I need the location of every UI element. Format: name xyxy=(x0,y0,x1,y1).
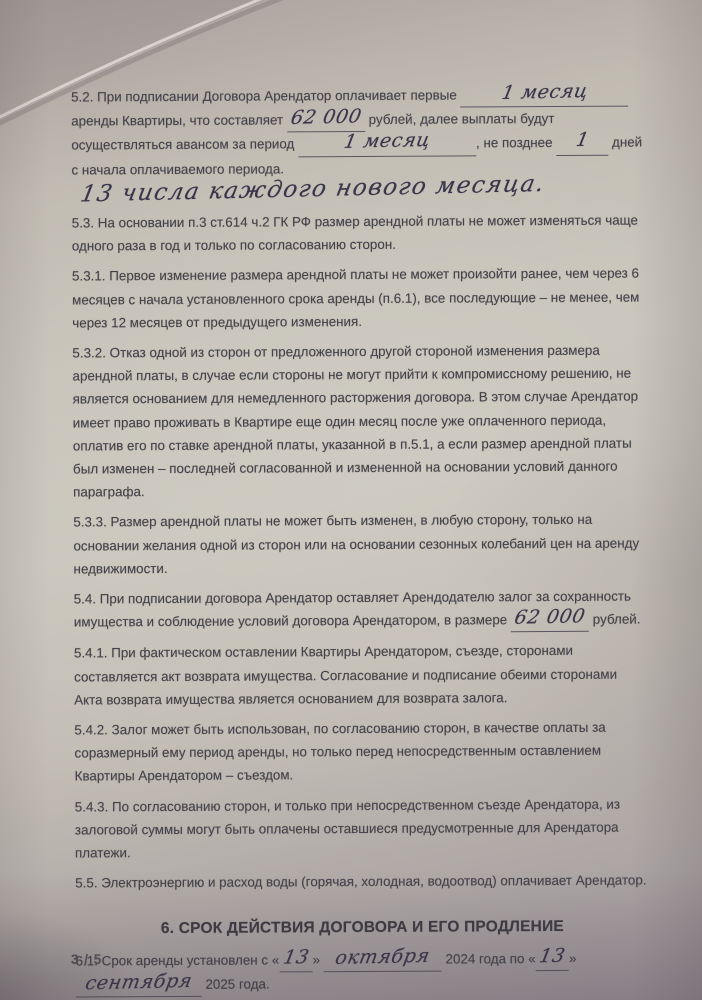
handwritten-entry: 1 месяц xyxy=(496,84,593,101)
clause-5-4-2: 5.4.2. Залог может быть использован, по … xyxy=(74,716,648,789)
printed-text: 5.3. На основании п.3 ст.614 ч.2 ГК РФ р… xyxy=(72,213,638,254)
handwritten-entry: октября xyxy=(330,948,435,965)
clause-5-3-3: 5.3.3. Размер арендной платы не может бы… xyxy=(73,508,647,581)
printed-text: 2024 года по « xyxy=(442,951,536,966)
clause-5-2: 5.2. При подписании Договора Арендатор о… xyxy=(71,82,646,204)
printed-text: » xyxy=(569,951,577,966)
fill-in-blank: 1 xyxy=(556,131,608,155)
printed-text: 5.2. При подписании Договора Арендатор о… xyxy=(71,87,461,104)
section-6-heading: 6. СРОК ДЕЙСТВИЯ ДОГОВОРА И ЕГО ПРОДЛЕНИ… xyxy=(75,914,649,940)
fill-in-blank: 1 месяц xyxy=(460,83,628,108)
document-body: 5.2. При подписании Договора Арендатор о… xyxy=(71,82,650,1000)
handwritten-entry: 62 000 xyxy=(509,609,590,626)
printed-text: » xyxy=(313,952,324,967)
photographed-document: 5.2. При подписании Договора Арендатор о… xyxy=(0,0,702,1000)
printed-text: 5.5. Электроэнергию и расход воды (горяч… xyxy=(75,873,646,891)
fill-in-blank: 62 000 xyxy=(287,108,365,133)
printed-text: 5.4.1. При фактическом оставлении Кварти… xyxy=(74,643,617,707)
page-number: 3 / 5 xyxy=(71,952,102,967)
fill-in-blank: 1 месяц xyxy=(298,132,476,157)
printed-text: 5.3.2. Отказ одной из сторон от предложе… xyxy=(72,343,638,500)
printed-text: 5.3.1. Первое изменение размера арендной… xyxy=(72,266,639,330)
printed-text: рублей. xyxy=(589,612,640,627)
printed-text: 5.4.3. По согласованию сторон, и только … xyxy=(75,796,620,860)
printed-text: 5.4.2. Залог может быть использован, по … xyxy=(74,720,605,784)
fill-in-blank: 62 000 xyxy=(511,608,589,633)
clause-5-4-3: 5.4.3. По согласованию сторон, и только … xyxy=(75,792,649,865)
printed-text: 6.1. Срок аренды установлен с « xyxy=(76,952,280,968)
clause-5-3-2: 5.3.2. Отказ одной из сторон от предложе… xyxy=(72,339,647,504)
clause-5-3: 5.3. На основании п.3 ст.614 ч.2 ГК РФ р… xyxy=(72,209,646,258)
handwritten-entry: 13 xyxy=(278,950,314,966)
handwritten-entry: 13 xyxy=(534,948,570,964)
printed-text: 5.3.3. Размер арендной платы не может бы… xyxy=(73,512,639,576)
clause-5-3-1: 5.3.1. Первое изменение размера арендной… xyxy=(72,262,646,335)
handwritten-entry: сентября xyxy=(80,974,197,992)
printed-text: 2025 года. xyxy=(202,976,270,991)
handwritten-entry: 1 xyxy=(570,133,594,148)
clause-6-1: 6.1. Срок аренды установлен с «13» октяб… xyxy=(76,946,650,997)
clause-5-4-1: 5.4.1. При фактическом оставлении Кварти… xyxy=(74,639,648,712)
fill-in-blank: октября xyxy=(324,947,442,972)
handwritten-entry: 1 месяц xyxy=(339,133,436,150)
fill-in-blank: сентября xyxy=(76,973,202,998)
handwritten-entry: 62 000 xyxy=(285,109,366,126)
fill-in-blank: 13 xyxy=(279,948,313,972)
fill-in-blank: 13 xyxy=(536,947,570,971)
clause-5-5: 5.5. Электроэнергию и расход воды (горяч… xyxy=(75,869,649,895)
printed-text: аренды Квартиры, что составляет xyxy=(71,113,287,129)
clause-5-4: 5.4. При подписании договора Арендатор о… xyxy=(74,585,648,635)
printed-text: , не позднее xyxy=(476,135,556,150)
handwritten-note: 13 числа каждого нового месяца. xyxy=(69,176,550,204)
